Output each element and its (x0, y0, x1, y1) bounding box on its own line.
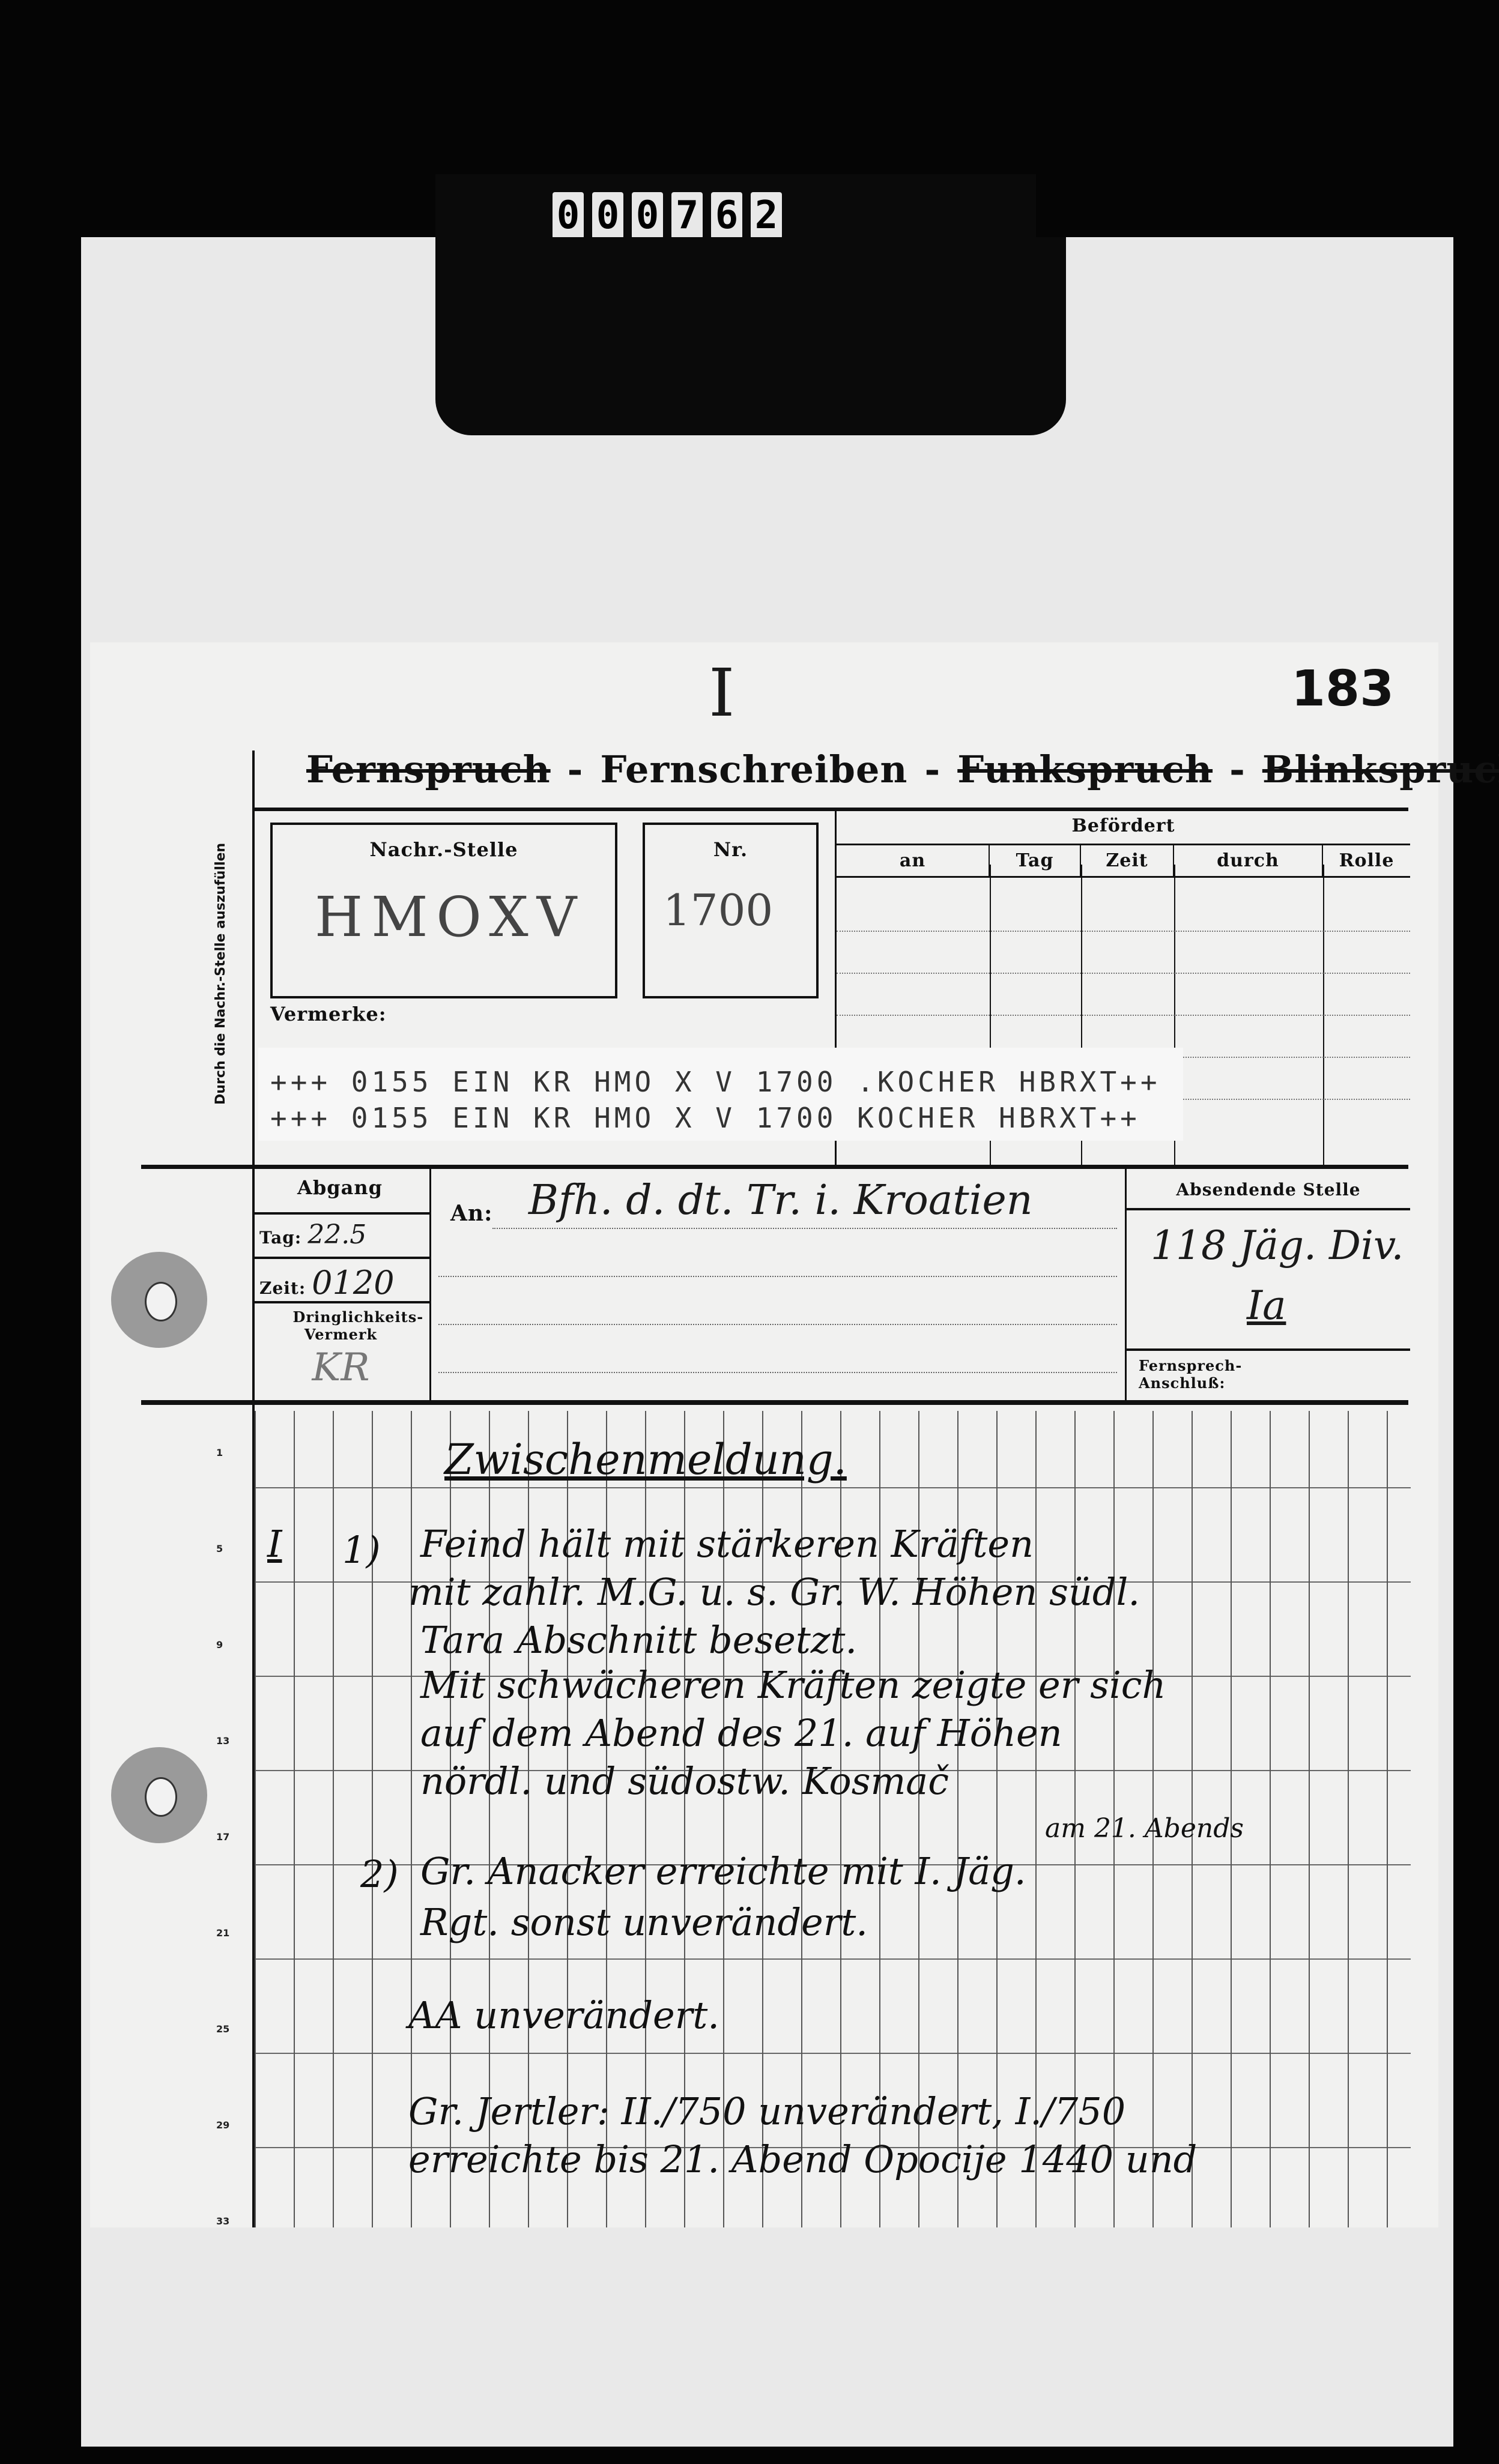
an-label: An: (450, 1201, 492, 1226)
col-an: an (837, 845, 990, 876)
message-insertion: am 21. Abends (1045, 1813, 1244, 1844)
nachr-stelle-box: Nachr.-Stelle HMOXV (270, 823, 617, 998)
nr-label: Nr. (645, 838, 816, 861)
nr-box: Nr. 1700 (643, 823, 819, 998)
separator: - (568, 747, 584, 791)
section-mark: I (709, 654, 734, 731)
nachr-stelle-label: Nachr.-Stelle (273, 838, 615, 861)
type-fernschreiben: Fernschreiben (600, 747, 907, 791)
absendende-stelle-block: Absendende Stelle 118 Jäg. Div. Ia Ferns… (1125, 1169, 1410, 1400)
nachr-stelle-value[interactable]: HMOXV (315, 885, 615, 949)
side-instruction: Durch die Nachr.-Stelle auszufüllen (213, 843, 228, 1105)
abgang-block: Abgang Tag: 22.5 Zeit: 0120 Dringlichkei… (252, 1169, 431, 1400)
teletype-line: +++ 0155 EIN KR HMO X V 1700 KOCHER HBRX… (270, 1102, 1183, 1134)
an-value[interactable]: Bfh. d. dt. Tr. i. Kroatien (528, 1177, 1033, 1224)
message-line: mit zahlr. M.G. u. s. Gr. W. Höhen südl. (408, 1570, 1140, 1614)
message-line: Rgt. sonst unverändert. (420, 1900, 868, 1944)
row-number: 13 (216, 1735, 229, 1747)
message-line: auf dem Abend des 21. auf Höhen (420, 1711, 1062, 1755)
punch-hole (111, 1747, 207, 1843)
fernsprech-anschluss-label: Fernsprech-Anschluß: (1139, 1357, 1235, 1392)
counter-shadow (435, 237, 1066, 435)
zeit-value[interactable]: 0120 (312, 1264, 394, 1302)
an-block: An: Bfh. d. dt. Tr. i. Kroatien (438, 1177, 1123, 1399)
tag-value[interactable]: 22.5 (307, 1219, 366, 1250)
abgang-title: Abgang (297, 1176, 429, 1199)
row-number: 33 (216, 2215, 229, 2227)
line-prefix: I (267, 1522, 282, 1566)
row-number: 9 (216, 1639, 223, 1650)
line-num: 1) (342, 1528, 381, 1572)
punch-hole (111, 1252, 207, 1348)
counter-digit: 2 (751, 192, 782, 239)
row-number: 1 (216, 1447, 223, 1458)
counter-digit: 7 (671, 192, 703, 239)
message-line: erreichte bis 21. Abend Opocije 1440 und (408, 2137, 1197, 2181)
zeit-label: Zeit: (259, 1278, 306, 1298)
message-line: Gr. Jertler: II./750 unverändert, I./750 (408, 2089, 1125, 2133)
befoerdert-title: Befördert (837, 815, 1410, 836)
teletype-line: +++ 0155 EIN KR HMO X V 1700 .KOCHER HBR… (270, 1066, 1183, 1098)
separator: - (1229, 747, 1246, 791)
message-line: Tara Abschnitt besetzt. (420, 1618, 857, 1662)
absendende-stelle-value[interactable]: 118 Jäg. Div. (1151, 1222, 1404, 1269)
message-heading: Zwischenmeldung. (444, 1435, 847, 1484)
col-zeit: Zeit (1081, 845, 1174, 876)
absendende-stelle-label: Absendende Stelle (1127, 1180, 1410, 1200)
dringlichkeit-label: Dringlichkeits-Vermerk (293, 1308, 389, 1343)
tag-label: Tag: (259, 1228, 301, 1248)
row-number: 25 (216, 2023, 229, 2035)
separator: - (924, 747, 940, 791)
teletype-strip: +++ 0155 EIN KR HMO X V 1700 .KOCHER HBR… (258, 1048, 1183, 1141)
message-type-row: Fernspruch - Fernschreiben - Funkspruch … (306, 747, 1499, 791)
col-durch: durch (1174, 845, 1323, 876)
counter-digit: 0 (553, 192, 584, 239)
section-rule-2 (141, 1400, 1408, 1405)
col-tag: Tag (990, 845, 1081, 876)
message-line: Feind hält mit stärkeren Kräften (420, 1522, 1034, 1566)
row-number: 5 (216, 1543, 223, 1554)
message-line: Gr. Anacker erreichte mit I. Jäg. (420, 1849, 1026, 1893)
absendende-stelle-value-2[interactable]: Ia (1247, 1282, 1286, 1329)
page-number: 183 (1291, 660, 1394, 717)
message-line: Mit schwächeren Kräften zeigte er sich (420, 1663, 1166, 1707)
section-rule (141, 1165, 1408, 1169)
col-rolle: Rolle (1323, 845, 1410, 876)
counter-digit: 6 (711, 192, 742, 239)
row-number: 29 (216, 2119, 229, 2131)
message-line: AA unverändert. (408, 1993, 719, 2037)
type-funkspruch: Funkspruch (957, 747, 1213, 791)
row-number: 21 (216, 1927, 229, 1939)
counter-digit: 0 (592, 192, 623, 239)
row-number: 17 (216, 1831, 229, 1843)
line-num: 2) (360, 1852, 399, 1896)
message-line: nördl. und südostw. Kosmač (420, 1759, 949, 1803)
type-fernspruch: Fernspruch (306, 747, 551, 791)
nr-value[interactable]: 1700 (663, 885, 816, 935)
vermerke-label: Vermerke: (270, 1003, 387, 1025)
frame-counter: 0 0 0 7 6 2 (553, 192, 782, 239)
dringlichkeit-value[interactable]: KR (252, 1345, 429, 1390)
type-blinkspruch: Blinkspruch (1262, 747, 1499, 791)
counter-digit: 0 (632, 192, 663, 239)
